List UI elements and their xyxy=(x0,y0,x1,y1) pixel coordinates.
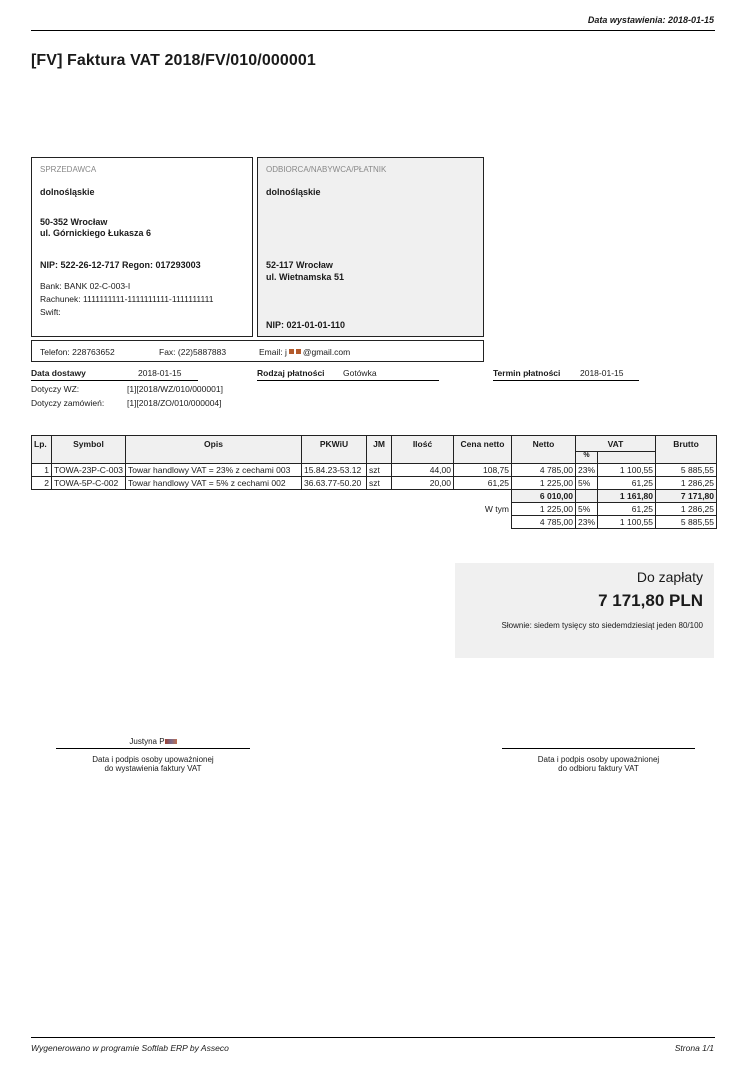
buyer-address-line1: 52-117 Wrocław xyxy=(266,260,333,270)
seller-address-line1: 50-352 Wrocław xyxy=(40,217,107,227)
delivery-date-underline xyxy=(31,380,198,381)
payment-summary: Do zapłaty 7 171,80 PLN Słownie: siedem … xyxy=(455,563,714,658)
breakdown-vat: 61,25 xyxy=(598,503,656,516)
cell-opis: Towar handlowy VAT = 5% z cechami 002 xyxy=(126,477,302,490)
cell-symbol: TOWA-5P-C-002 xyxy=(52,477,126,490)
receiver-signature-line xyxy=(502,748,695,749)
breakdown-row: W tym1 225,005%61,251 286,25 xyxy=(32,503,717,516)
spacer xyxy=(32,516,512,529)
generated-by: Wygenerowano w programie Softlab ERP by … xyxy=(31,1043,229,1053)
cell-netto: 4 785,00 xyxy=(512,464,576,477)
issuer-caption-line1: Data i podpis osoby upoważnionej xyxy=(56,755,250,764)
footer-divider xyxy=(31,1037,715,1038)
buyer-label: ODBIORCA/NABYWCA/PŁATNIK xyxy=(266,165,386,174)
total-brutto: 7 171,80 xyxy=(656,490,717,503)
breakdown-brutto: 5 885,55 xyxy=(656,516,717,529)
col-vat-pct: % xyxy=(576,452,598,464)
page-number: Strona 1/1 xyxy=(675,1043,714,1053)
cell-cena: 61,25 xyxy=(454,477,512,490)
col-symbol: Symbol xyxy=(52,436,126,464)
seller-name: dolnośląskie xyxy=(40,187,95,197)
payment-due-underline xyxy=(493,380,639,381)
cell-pkwiu: 36.63.77-50.20 xyxy=(302,477,367,490)
redacted-block xyxy=(165,739,177,744)
payment-amount: 7 171,80 PLN xyxy=(598,591,703,611)
seller-label: SPRZEDAWCA xyxy=(40,165,96,174)
receiver-caption-line2: do odbioru faktury VAT xyxy=(502,764,695,773)
email-suffix: @gmail.com xyxy=(303,347,350,357)
col-lp: Lp. xyxy=(32,436,52,464)
cell-brutto: 1 286,25 xyxy=(656,477,717,490)
fax: Fax: (22)5887883 xyxy=(159,347,226,357)
col-netto: Netto xyxy=(512,436,576,464)
cell-jm: szt xyxy=(367,464,392,477)
breakdown-netto: 1 225,00 xyxy=(512,503,576,516)
seller-box: SPRZEDAWCA dolnośląskie 50-352 Wrocław u… xyxy=(31,157,253,337)
total-vat: 1 161,80 xyxy=(598,490,656,503)
delivery-date: 2018-01-15 xyxy=(138,368,181,378)
receiver-caption-line1: Data i podpis osoby upoważnionej xyxy=(502,755,695,764)
breakdown-pct: 23% xyxy=(576,516,598,529)
seller-bank: Bank: BANK 02-C-003-I xyxy=(40,281,130,291)
payment-due: 2018-01-15 xyxy=(580,368,623,378)
orders-label: Dotyczy zamówień: xyxy=(31,398,104,408)
buyer-address-line2: ul. Wietnamska 51 xyxy=(266,272,344,282)
cell-opis: Towar handlowy VAT = 23% z cechami 003 xyxy=(126,464,302,477)
table-row: 1TOWA-23P-C-003Towar handlowy VAT = 23% … xyxy=(32,464,717,477)
col-jm: JM xyxy=(367,436,392,464)
cell-vat: 61,25 xyxy=(598,477,656,490)
table-row: 2TOWA-5P-C-002Towar handlowy VAT = 5% z … xyxy=(32,477,717,490)
col-cena: Cena netto xyxy=(454,436,512,464)
breakdown-netto: 4 785,00 xyxy=(512,516,576,529)
cell-ilosc: 44,00 xyxy=(392,464,454,477)
items-table: Lp. Symbol Opis PKWiU JM Ilość Cena nett… xyxy=(31,435,717,529)
col-ilosc: Ilość xyxy=(392,436,454,464)
cell-pkwiu: 15.84.23-53.12 xyxy=(302,464,367,477)
breakdown-label: W tym xyxy=(32,503,512,516)
cell-symbol: TOWA-23P-C-003 xyxy=(52,464,126,477)
breakdown-pct: 5% xyxy=(576,503,598,516)
payment-due-label: Termin płatności xyxy=(493,368,560,378)
cell-jm: szt xyxy=(367,477,392,490)
seller-swift: Swift: xyxy=(40,307,61,317)
buyer-nip: NIP: 021-01-01-110 xyxy=(266,320,345,330)
email: Email: j@gmail.com xyxy=(259,347,350,357)
total-row: 6 010,001 161,807 171,80 xyxy=(32,490,717,503)
payment-type-label: Rodzaj płatności xyxy=(257,368,325,378)
page-title: [FV] Faktura VAT 2018/FV/010/000001 xyxy=(31,52,316,70)
cell-lp: 2 xyxy=(32,477,52,490)
wz-value: [1][2018/WZ/010/000001] xyxy=(127,384,223,394)
issuer-name-text: Justyna P xyxy=(129,737,164,746)
total-pct xyxy=(576,490,598,503)
issue-date: Data wystawienia: 2018-01-15 xyxy=(588,15,714,25)
cell-vat-pct: 5% xyxy=(576,477,598,490)
col-pkwiu: PKWiU xyxy=(302,436,367,464)
redacted-block xyxy=(296,349,301,354)
issuer-name: Justyna P xyxy=(56,737,250,746)
redacted-block xyxy=(289,349,294,354)
issuer-signature-line xyxy=(56,748,250,749)
buyer-box: ODBIORCA/NABYWCA/PŁATNIK dolnośląskie 52… xyxy=(257,157,484,337)
breakdown-brutto: 1 286,25 xyxy=(656,503,717,516)
phone: Telefon: 228763652 xyxy=(40,347,115,357)
seller-account: Rachunek: 1111111111-1111111111-11111111… xyxy=(40,294,213,304)
col-vat-amount xyxy=(598,452,656,464)
cell-brutto: 5 885,55 xyxy=(656,464,717,477)
cell-cena: 108,75 xyxy=(454,464,512,477)
spacer xyxy=(32,490,512,503)
email-prefix: Email: j xyxy=(259,347,287,357)
payment-in-words: Słownie: siedem tysięcy sto siedemdziesi… xyxy=(502,621,703,630)
cell-lp: 1 xyxy=(32,464,52,477)
seller-address-line2: ul. Górnickiego Łukasza 6 xyxy=(40,228,151,238)
delivery-date-label: Data dostawy xyxy=(31,368,86,378)
issuer-caption-line2: do wystawienia faktury VAT xyxy=(56,764,250,773)
contact-box: Telefon: 228763652 Fax: (22)5887883 Emai… xyxy=(31,340,484,362)
payment-title: Do zapłaty xyxy=(637,569,703,585)
col-brutto: Brutto xyxy=(656,436,717,464)
total-netto: 6 010,00 xyxy=(512,490,576,503)
col-vat: VAT xyxy=(576,436,656,452)
col-opis: Opis xyxy=(126,436,302,464)
breakdown-vat: 1 100,55 xyxy=(598,516,656,529)
payment-type: Gotówka xyxy=(343,368,377,378)
cell-vat: 1 100,55 xyxy=(598,464,656,477)
payment-type-underline xyxy=(257,380,439,381)
header-divider xyxy=(31,30,715,31)
cell-vat-pct: 23% xyxy=(576,464,598,477)
breakdown-row: 4 785,0023%1 100,555 885,55 xyxy=(32,516,717,529)
receiver-caption: Data i podpis osoby upoważnionej do odbi… xyxy=(502,755,695,773)
cell-ilosc: 20,00 xyxy=(392,477,454,490)
issuer-caption: Data i podpis osoby upoważnionej do wyst… xyxy=(56,755,250,773)
buyer-name: dolnośląskie xyxy=(266,187,321,197)
cell-netto: 1 225,00 xyxy=(512,477,576,490)
wz-label: Dotyczy WZ: xyxy=(31,384,79,394)
seller-ids: NIP: 522-26-12-717 Regon: 017293003 xyxy=(40,260,201,270)
orders-value: [1][2018/ZO/010/000004] xyxy=(127,398,222,408)
